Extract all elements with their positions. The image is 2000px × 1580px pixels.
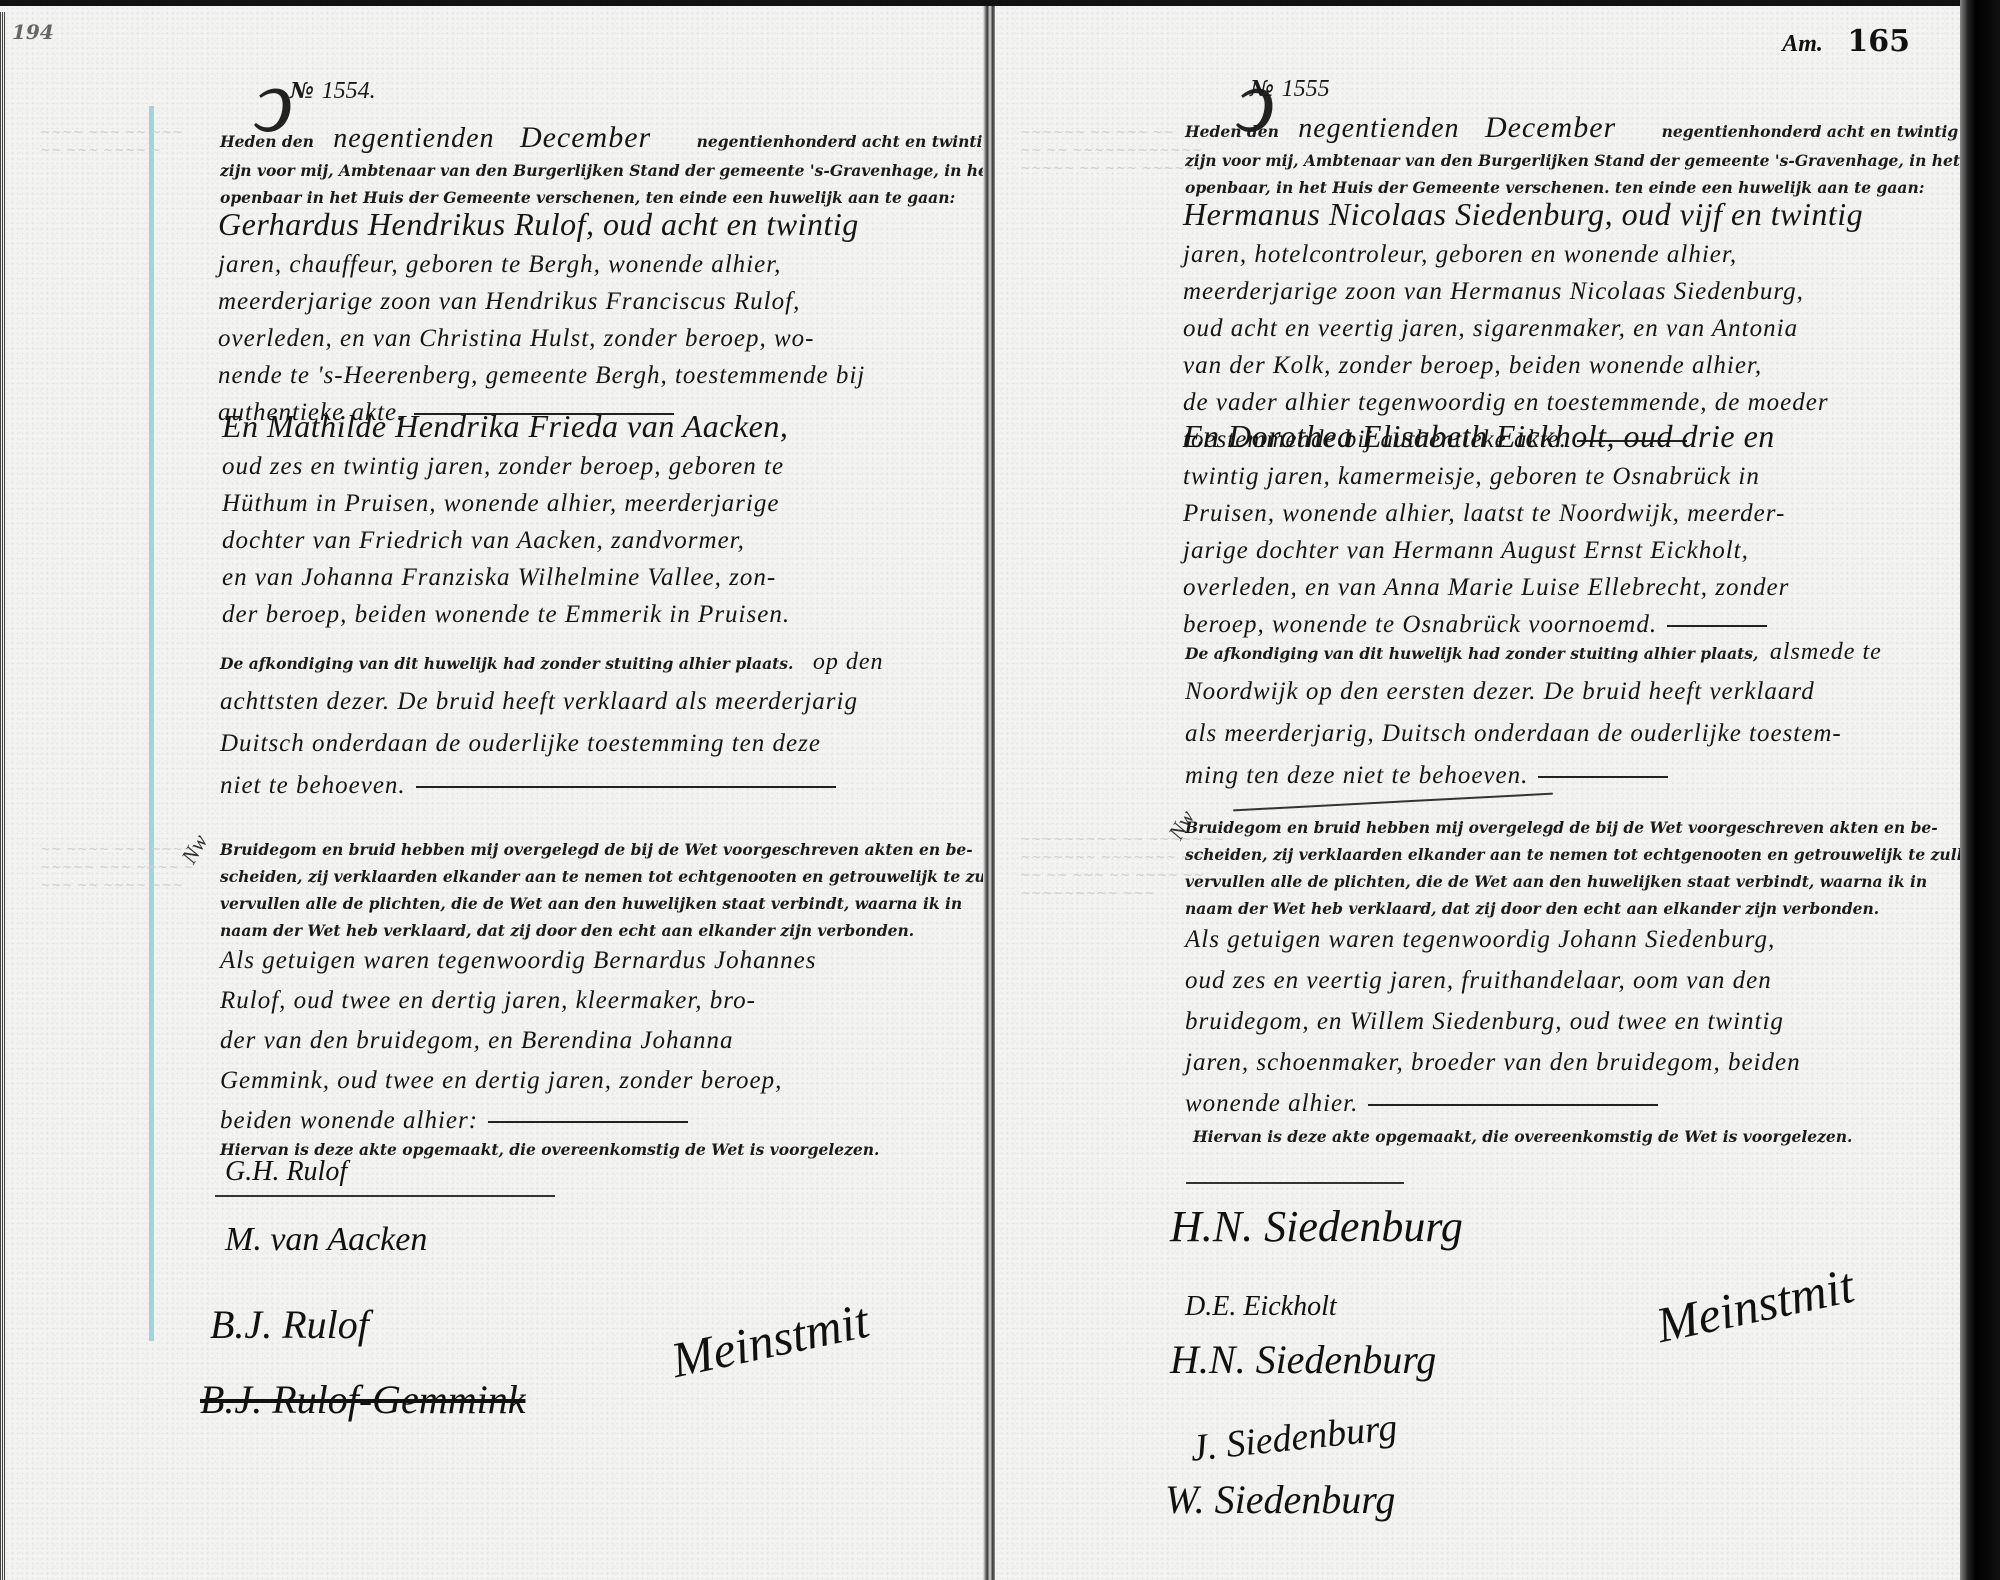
day-handwritten: negentienden: [1298, 113, 1459, 144]
groom-line: meerderjarige zoon van Hendrikus Francis…: [218, 283, 963, 320]
banns-section: De afkondiging van dit huwelijk had zond…: [220, 644, 965, 807]
margin-highlight-line: [149, 106, 154, 1341]
year-text: negentienhonderd acht en twintig: [697, 132, 994, 151]
signature-bride: M. van Aacken: [225, 1221, 427, 1259]
month-handwritten: December: [1485, 111, 1616, 144]
groom-line: jaren, chauffeur, geboren te Bergh, wone…: [218, 246, 963, 283]
bride-line: overleden, en van Anna Marie Luise Elleb…: [1183, 569, 1943, 606]
banns-printed: De afkondiging van dit huwelijk had zond…: [1185, 644, 1758, 663]
banns-addition: op den: [813, 649, 884, 675]
heden-den-label: Heden den: [220, 132, 314, 151]
witness-line: jaren, schoenmaker, broeder van den brui…: [1185, 1042, 1945, 1083]
bride-line: En Mathilde Hendrika Frieda van Aacken,: [222, 404, 967, 448]
witness-line: wonende alhier.: [1185, 1083, 1945, 1124]
bride-line: Pruisen, wonende alhier, laatst te Noord…: [1183, 495, 1943, 532]
date-line: Heden den negentienden December negentie…: [220, 119, 960, 157]
witness-line: Als getuigen waren tegenwoordig Bernardu…: [220, 941, 965, 981]
declaration-line: vervullen alle de plichten, die de Wet a…: [220, 890, 965, 917]
witnesses-section: Als getuigen waren tegenwoordig Johann S…: [1185, 919, 1945, 1124]
fill-dash: [488, 1121, 688, 1123]
banns-printed: De afkondiging van dit huwelijk had zond…: [220, 654, 793, 673]
groom-line: oud acht en veertig jaren, sigarenmaker,…: [1183, 310, 1943, 347]
official-line: zijn voor mij, Ambtenaar van den Burgerl…: [220, 157, 960, 184]
witness-line: oud zes en veertig jaren, fruithandelaar…: [1185, 960, 1945, 1001]
bride-line: dochter van Friedrich van Aacken, zandvo…: [222, 522, 967, 559]
declaration-line: Bruidegom en bruid hebben mij overgelegd…: [1185, 814, 1945, 841]
banns-addition: alsmede te: [1770, 639, 1882, 665]
bleed-through-text: ~~ ~~~~ ~~~ ~~~~ ~~~~~ ~~~ ~~~~ ~ ~~~ ~~…: [40, 841, 194, 895]
banns-note: achttsten dezer. De bruid heeft verklaar…: [220, 681, 965, 723]
groom-line: meerderjarige zoon van Hermanus Nicolaas…: [1183, 273, 1943, 310]
fill-dash: [1368, 1104, 1658, 1106]
declaration-section: Bruidegom en bruid hebben mij overgelegd…: [1185, 814, 1945, 922]
groom-line: nende te 's-Heerenberg, gemeente Bergh, …: [218, 357, 963, 394]
fill-dash: [416, 786, 836, 788]
number-label: №: [1250, 76, 1274, 102]
left-page: 194 ~~~~ ~~~ ~~ ~~~ ~~ ~~~ ~~~~ ~ ~~ ~~~…: [0, 6, 985, 1580]
right-page: Am. 165 ~~~~~~ ~~ ~~~ ~~ ~~ ~~ ~~~~~~~~~…: [995, 6, 1960, 1580]
banns-line: De afkondiging van dit huwelijk had zond…: [1185, 634, 1945, 671]
number-value: 1554.: [322, 78, 376, 104]
signature-witness-1: B.J. Rulof: [210, 1301, 369, 1348]
bride-line: der beroep, beiden wonende te Emmerik in…: [222, 596, 967, 633]
scan-right-edge: [1960, 0, 2000, 1580]
declaration-line: naam der Wet heb verklaard, dat zij door…: [1185, 895, 1945, 922]
signature-rule: [215, 1195, 555, 1197]
banns-section: De afkondiging van dit huwelijk had zond…: [1185, 634, 1945, 797]
signature-registrar: Meinstmit: [666, 1291, 874, 1389]
signature-witness-1: J. Siedenburg: [1188, 1405, 1399, 1470]
signature-bride: D.E. Eickholt: [1185, 1291, 1337, 1323]
left-page-edge: [0, 12, 6, 1580]
bleed-through-text: ~~~~ ~~~ ~~ ~~~ ~~ ~~~ ~~~~ ~: [40, 124, 183, 160]
bride-line: oud zes en twintig jaren, zonder beroep,…: [222, 448, 967, 485]
date-line: Heden den negentienden December negentie…: [1185, 109, 1930, 147]
witness-line: Gemmink, oud twee en dertig jaren, zonde…: [220, 1061, 965, 1101]
record-number: № 1555: [1250, 76, 1330, 103]
bleed-through-text: ~~~~~~ ~~ ~~~ ~~ ~~ ~~ ~~~~~~~~~~~~ ~~~~…: [1020, 124, 1203, 178]
declaration-line: scheiden, zij verklaarden elkander aan t…: [1185, 841, 1945, 868]
witnesses-section: Als getuigen waren tegenwoordig Bernardu…: [220, 941, 965, 1141]
groom-section: Gerhardus Hendrikus Rulof, oud acht en t…: [218, 202, 963, 431]
declaration-line: vervullen alle de plichten, die de Wet a…: [1185, 868, 1945, 895]
banns-note: Noordwijk op den eersten dezer. De bruid…: [1185, 671, 1945, 713]
signature-witness-2: B.J. Rulof-Gemmink: [200, 1376, 525, 1423]
bride-line: twintig jaren, kamermeisje, geboren te O…: [1183, 458, 1943, 495]
fill-dash: [1667, 625, 1767, 627]
fill-dash: [1538, 776, 1668, 778]
page-prefix: Am.: [1782, 31, 1823, 57]
signature-rule: [1186, 1182, 1404, 1184]
groom-line: van der Kolk, zonder beroep, beiden wone…: [1183, 347, 1943, 384]
witness-line: Rulof, oud twee en dertig jaren, kleerma…: [220, 981, 965, 1021]
signature-registrar: Meinstmit: [1651, 1256, 1859, 1354]
corner-mark: 194: [12, 20, 54, 44]
page-number-value: 165: [1847, 24, 1910, 59]
bride-line: Hüthum in Pruisen, wonende alhier, meerd…: [222, 485, 967, 522]
declaration-section: Bruidegom en bruid hebben mij overgelegd…: [220, 836, 965, 944]
banns-line: De afkondiging van dit huwelijk had zond…: [220, 644, 965, 681]
bride-section: En Mathilde Hendrika Frieda van Aacken, …: [222, 404, 967, 633]
record-number: № 1554.: [290, 78, 376, 105]
witness-line: der van den bruidegom, en Berendina Joha…: [220, 1021, 965, 1061]
signature-witness-2: W. Siedenburg: [1165, 1476, 1395, 1523]
month-handwritten: December: [520, 121, 651, 154]
day-handwritten: negentienden: [333, 123, 494, 154]
bride-line: en van Johanna Franziska Wilhelmine Vall…: [222, 559, 967, 596]
record-header: Heden den negentienden December negentie…: [220, 119, 960, 211]
closing-text: Hiervan is deze akte opgemaakt, die over…: [1193, 1123, 1852, 1150]
official-line: zijn voor mij, Ambtenaar van den Burgerl…: [1185, 147, 1930, 174]
signature-father: H.N. Siedenburg: [1170, 1336, 1436, 1383]
bride-line: jarige dochter van Hermann August Ernst …: [1183, 532, 1943, 569]
signature-groom: H.N. Siedenburg: [1170, 1201, 1463, 1252]
number-label: №: [290, 78, 314, 104]
number-value: 1555: [1282, 76, 1330, 102]
bride-section: En Dorothea Elisabeth Eickholt, oud drie…: [1183, 414, 1943, 643]
closing-line: Hiervan is deze akte opgemaakt, die over…: [1193, 1123, 1852, 1150]
page-number: Am. 165: [1782, 24, 1910, 59]
groom-line: jaren, hotelcontroleur, geboren en wonen…: [1183, 236, 1943, 273]
declaration-line: scheiden, zij verklaarden elkander aan t…: [220, 863, 965, 890]
declaration-line: Bruidegom en bruid hebben mij overgelegd…: [220, 836, 965, 863]
signature-groom: G.H. Rulof: [225, 1156, 347, 1188]
witness-line: Als getuigen waren tegenwoordig Johann S…: [1185, 919, 1945, 960]
groom-line: Hermanus Nicolaas Siedenburg, oud vijf e…: [1183, 192, 1943, 236]
declaration-line: naam der Wet heb verklaard, dat zij door…: [220, 917, 965, 944]
banns-note: niet te behoeven.: [220, 765, 965, 807]
banns-note: als meerderjarig, Duitsch onderdaan de o…: [1185, 713, 1945, 755]
record-header: Heden den negentienden December negentie…: [1185, 109, 1930, 201]
bride-line: En Dorothea Elisabeth Eickholt, oud drie…: [1183, 414, 1943, 458]
heden-den-label: Heden den: [1185, 122, 1279, 141]
groom-line: overleden, en van Christina Hulst, zonde…: [218, 320, 963, 357]
groom-line: Gerhardus Hendrikus Rulof, oud acht en t…: [218, 202, 963, 246]
banns-note: Duitsch onderdaan de ouderlijke toestemm…: [220, 723, 965, 765]
year-text: negentienhonderd acht en twintig: [1662, 122, 1959, 141]
witness-line: beiden wonende alhier:: [220, 1101, 965, 1141]
witness-line: bruidegom, en Willem Siedenburg, oud twe…: [1185, 1001, 1945, 1042]
banns-note: ming ten deze niet te behoeven.: [1185, 755, 1945, 797]
